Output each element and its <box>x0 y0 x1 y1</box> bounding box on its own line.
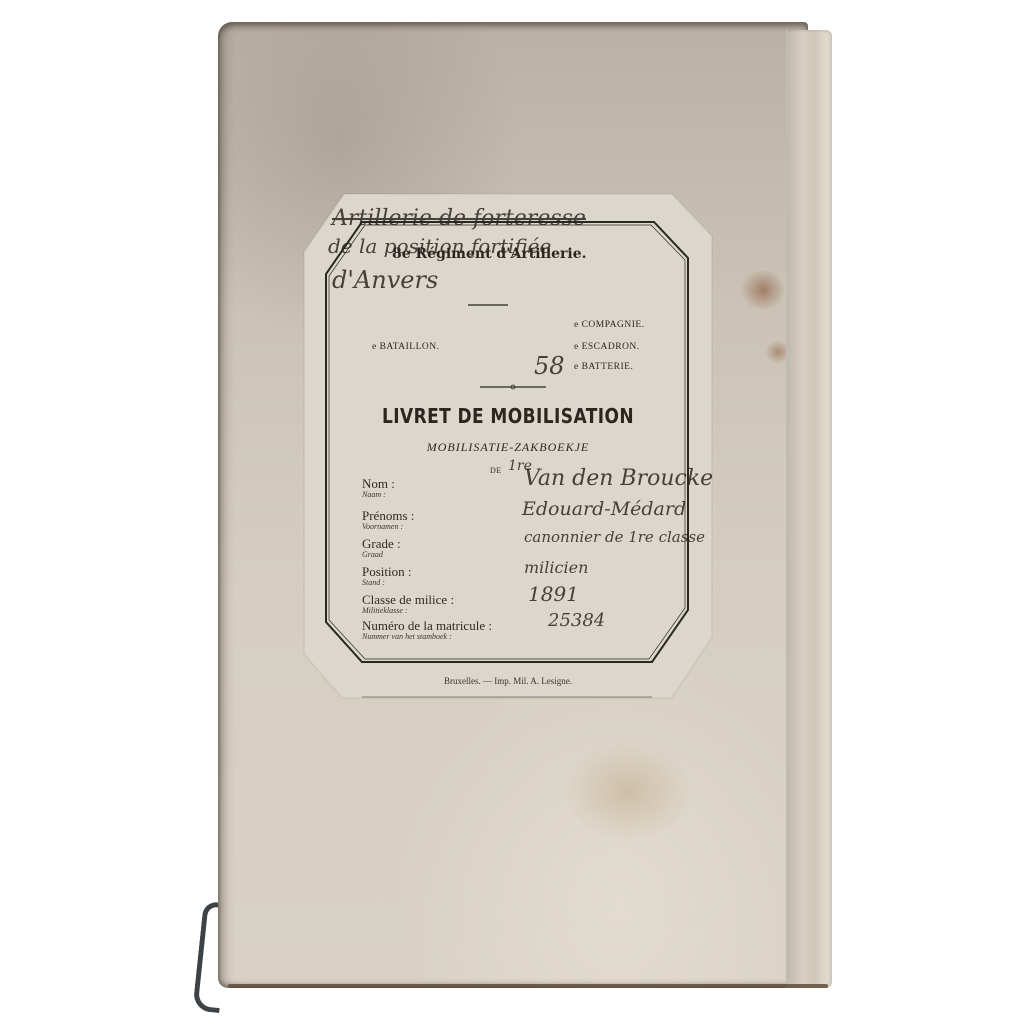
regiment-title: 8e Régiment d'Artillerie. <box>392 246 587 262</box>
field-position: Position : Stand : <box>362 566 412 588</box>
field-position-value: milicien <box>524 558 588 577</box>
field-matricule: Numéro de la matricule : Nummer van het … <box>362 620 492 642</box>
field-prenoms-value: Edouard-Médard <box>522 498 686 520</box>
field-sublabel: Naam : <box>362 490 395 500</box>
escadron-label: e ESCADRON. <box>574 342 640 352</box>
field-nom-value: Van den Broucke <box>524 466 713 491</box>
field-label: Prénoms : <box>362 510 414 522</box>
field-prenoms: Prénoms : Voornamen : <box>362 510 414 532</box>
field-label: Position : <box>362 566 412 578</box>
field-label: Classe de milice : <box>362 594 454 606</box>
compagnie-label: e COMPAGNIE. <box>574 320 645 330</box>
field-label: Numéro de la matricule : <box>362 620 492 632</box>
field-classe: Classe de milice : Militieklasse : <box>362 594 454 616</box>
field-label: Grade : <box>362 538 401 550</box>
field-sublabel: Graad <box>362 550 401 560</box>
batterie-label: e BATTERIE. <box>574 362 633 372</box>
field-label: Nom : <box>362 478 395 490</box>
bataillon-label: e BATAILLON. <box>372 342 440 352</box>
field-grade: Grade : Graad <box>362 538 401 560</box>
field-sublabel: Stand : <box>362 578 412 588</box>
field-sublabel: Militieklasse : <box>362 606 454 616</box>
field-sublabel: Voornamen : <box>362 522 414 532</box>
paper-label: Artillerie de forteresse de la position … <box>302 192 714 700</box>
field-grade-value: canonnier de 1re classe <box>524 528 705 546</box>
field-nom: Nom : Naam : <box>362 478 395 500</box>
handwritten-unit-struck: Artillerie de forteresse <box>332 206 586 231</box>
booklet-spine <box>786 30 832 988</box>
de-prefix: DE <box>490 466 502 475</box>
field-classe-value: 1891 <box>528 582 579 606</box>
battery-number: 58 <box>534 352 565 380</box>
cover-edge <box>228 984 828 988</box>
booklet-title: LIVRET DE MOBILISATION <box>333 404 683 428</box>
booklet-subtitle: MOBILISATIE-ZAKBOEKJE <box>302 440 714 455</box>
field-matricule-value: 25384 <box>548 610 605 631</box>
field-sublabel: Nummer van het stamboek : <box>362 632 492 642</box>
booklet: Artillerie de forteresse de la position … <box>218 22 832 994</box>
printer-imprint: Bruxelles. — Imp. Mil. A. Lesigne. <box>302 676 714 686</box>
handwritten-unit-line3: d'Anvers <box>332 266 438 294</box>
